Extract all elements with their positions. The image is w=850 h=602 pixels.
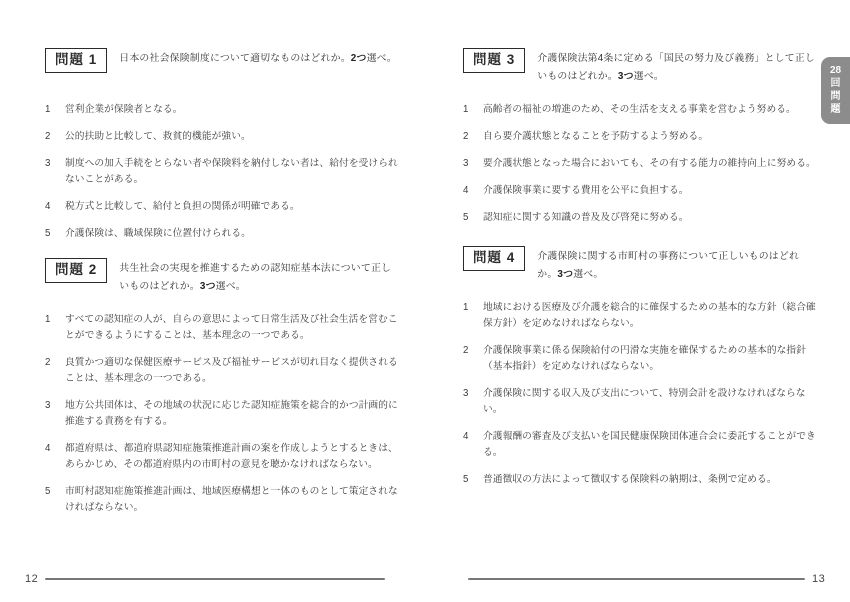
option-number: 5 xyxy=(463,472,475,488)
choice-count: 3つ xyxy=(618,71,634,82)
option-row: 1地域における医療及び介護を総合的に確保するための基本的な方針（総合確保方針）を… xyxy=(463,300,819,332)
prompt-tail: 選べ。 xyxy=(634,71,664,82)
option-text: 介護保険に関する収入及び支出について、特別会計を設けなければならない。 xyxy=(483,386,819,418)
question-number-box: 問題 2 xyxy=(45,258,107,283)
choice-count: 2つ xyxy=(351,53,367,64)
option-row: 1営利企業が保険者となる。 xyxy=(45,102,401,118)
option-row: 2自ら要介護状態となることを予防するよう努める。 xyxy=(463,129,819,145)
option-number: 2 xyxy=(463,129,475,145)
tab-char: 題 xyxy=(831,104,841,116)
option-text: 良質かつ適切な保健医療サービス及び福祉サービスが切れ目なく提供されることは、基本… xyxy=(65,355,401,387)
tab-char: 問 xyxy=(831,91,841,103)
option-row: 4都道府県は、都道府県認知症施策推進計画の案を作成しようとするときは、あらかじめ… xyxy=(45,441,401,473)
option-number: 3 xyxy=(45,398,57,430)
option-number: 5 xyxy=(45,226,57,242)
option-row: 1すべての認知症の人が、自らの意思によって日常生活及び社会生活を営むことができる… xyxy=(45,312,401,344)
option-list: 1地域における医療及び介護を総合的に確保するための基本的な方針（総合確保方針）を… xyxy=(463,300,819,488)
question-header: 問題 3 介護保険法第4条に定める「国民の努力及び義務」として正しいものはどれか… xyxy=(463,48,819,88)
prompt-text: 日本の社会保険制度について適切なものはどれか。 xyxy=(119,53,351,64)
option-text: 市町村認知症施策推進計画は、地域医療構想と一体のものとして策定されなければならな… xyxy=(65,484,401,516)
question-block-1: 問題 1 日本の社会保険制度について適切なものはどれか。2つ選べ。 1営利企業が… xyxy=(45,48,401,242)
option-text: 認知症に関する知識の普及及び啓発に努める。 xyxy=(483,210,819,226)
page-left: 問題 1 日本の社会保険制度について適切なものはどれか。2つ選べ。 1営利企業が… xyxy=(45,48,401,527)
question-number-box: 問題 4 xyxy=(463,246,525,271)
option-text: 制度への加入手続をとらない者や保険料を納付しない者は、給付を受けられないことがあ… xyxy=(65,156,401,188)
option-text: 地方公共団体は、その地域の状況に応じた認知症施策を総合的かつ計画的に推進する責務… xyxy=(65,398,401,430)
question-prompt: 介護保険に関する市町村の事務について正しいものはどれか。3つ選べ。 xyxy=(537,248,819,284)
option-text: 自ら要介護状態となることを予防するよう努める。 xyxy=(483,129,819,145)
tab-char: 回 xyxy=(831,78,841,90)
option-number: 3 xyxy=(45,156,57,188)
option-row: 3制度への加入手続をとらない者や保険料を納付しない者は、給付を受けられないことが… xyxy=(45,156,401,188)
option-number: 3 xyxy=(463,156,475,172)
option-number: 3 xyxy=(463,386,475,418)
option-number: 1 xyxy=(463,102,475,118)
option-number: 2 xyxy=(45,129,57,145)
book-spread: 問題 1 日本の社会保険制度について適切なものはどれか。2つ選べ。 1営利企業が… xyxy=(0,0,850,602)
option-number: 2 xyxy=(45,355,57,387)
option-text: 営利企業が保険者となる。 xyxy=(65,102,401,118)
option-text: 高齢者の福祉の増進のため、その生活を支える事業を営むよう努める。 xyxy=(483,102,819,118)
question-prompt: 介護保険法第4条に定める「国民の努力及び義務」として正しいものはどれか。3つ選べ… xyxy=(537,50,819,86)
option-text: 地域における医療及び介護を総合的に確保するための基本的な方針（総合確保方針）を定… xyxy=(483,300,819,332)
option-number: 5 xyxy=(463,210,475,226)
option-row: 5介護保険は、職域保険に位置付けられる。 xyxy=(45,226,401,242)
option-text: 要介護状態となった場合においても、その有する能力の維持向上に努める。 xyxy=(483,156,819,172)
option-row: 3介護保険に関する収入及び支出について、特別会計を設けなければならない。 xyxy=(463,386,819,418)
option-row: 3要介護状態となった場合においても、その有する能力の維持向上に努める。 xyxy=(463,156,819,172)
option-number: 1 xyxy=(45,102,57,118)
question-prompt: 共生社会の実現を推進するための認知症基本法について正しいものはどれか。3つ選べ。 xyxy=(119,260,401,296)
option-number: 2 xyxy=(463,343,475,375)
option-number: 4 xyxy=(45,199,57,215)
option-row: 4税方式と比較して、給付と負担の関係が明確である。 xyxy=(45,199,401,215)
prompt-tail: 選べ。 xyxy=(367,53,397,64)
footer-left: 12 xyxy=(25,573,385,585)
question-block-2: 問題 2 共生社会の実現を推進するための認知症基本法について正しいものはどれか。… xyxy=(45,258,401,516)
option-text: すべての認知症の人が、自らの意思によって日常生活及び社会生活を営むことができるよ… xyxy=(65,312,401,344)
option-row: 3地方公共団体は、その地域の状況に応じた認知症施策を総合的かつ計画的に推進する責… xyxy=(45,398,401,430)
question-header: 問題 4 介護保険に関する市町村の事務について正しいものはどれか。3つ選べ。 xyxy=(463,246,819,286)
page-number: 13 xyxy=(812,573,825,585)
option-row: 2介護保険事業に係る保険給付の円滑な実施を確保するための基本的な指針（基本指針）… xyxy=(463,343,819,375)
prompt-text: 共生社会の実現を推進するための認知症基本法について正しいものはどれか。 xyxy=(119,263,391,292)
footer-rule xyxy=(468,578,805,580)
option-row: 5認知症に関する知識の普及及び啓発に努める。 xyxy=(463,210,819,226)
option-list: 1高齢者の福祉の増進のため、その生活を支える事業を営むよう努める。 2自ら要介護… xyxy=(463,102,819,226)
option-number: 4 xyxy=(463,183,475,199)
question-block-4: 問題 4 介護保険に関する市町村の事務について正しいものはどれか。3つ選べ。 1… xyxy=(463,246,819,488)
option-list: 1すべての認知症の人が、自らの意思によって日常生活及び社会生活を営むことができる… xyxy=(45,312,401,516)
choice-count: 3つ xyxy=(200,281,216,292)
option-number: 1 xyxy=(45,312,57,344)
option-text: 普通徴収の方法によって徴収する保険料の納期は、条例で定める。 xyxy=(483,472,819,488)
choice-count: 3つ xyxy=(557,269,573,280)
question-prompt: 日本の社会保険制度について適切なものはどれか。2つ選べ。 xyxy=(119,50,401,68)
page-number: 12 xyxy=(25,573,38,585)
footer-right: 13 xyxy=(468,573,825,585)
option-number: 1 xyxy=(463,300,475,332)
option-text: 税方式と比較して、給付と負担の関係が明確である。 xyxy=(65,199,401,215)
option-row: 4介護報酬の審査及び支払いを国民健康保険団体連合会に委託することができる。 xyxy=(463,429,819,461)
prompt-tail: 選べ。 xyxy=(216,281,246,292)
option-number: 5 xyxy=(45,484,57,516)
question-block-3: 問題 3 介護保険法第4条に定める「国民の努力及び義務」として正しいものはどれか… xyxy=(463,48,819,226)
option-text: 都道府県は、都道府県認知症施策推進計画の案を作成しようとするときは、あらかじめ、… xyxy=(65,441,401,473)
tab-char: 28 xyxy=(830,65,841,77)
option-text: 介護報酬の審査及び支払いを国民健康保険団体連合会に委託することができる。 xyxy=(483,429,819,461)
option-text: 介護保険事業に係る保険給付の円滑な実施を確保するための基本的な指針（基本指針）を… xyxy=(483,343,819,375)
footer-rule xyxy=(45,578,385,580)
option-text: 介護保険は、職域保険に位置付けられる。 xyxy=(65,226,401,242)
option-row: 2公的扶助と比較して、救貧的機能が強い。 xyxy=(45,129,401,145)
option-number: 4 xyxy=(45,441,57,473)
option-row: 5市町村認知症施策推進計画は、地域医療構想と一体のものとして策定されなければなら… xyxy=(45,484,401,516)
option-row: 1高齢者の福祉の増進のため、その生活を支える事業を営むよう努める。 xyxy=(463,102,819,118)
option-list: 1営利企業が保険者となる。 2公的扶助と比較して、救貧的機能が強い。 3制度への… xyxy=(45,102,401,242)
prompt-text: 介護保険法第4条に定める「国民の努力及び義務」として正しいものはどれか。 xyxy=(537,53,815,82)
option-row: 4介護保険事業に要する費用を公平に負担する。 xyxy=(463,183,819,199)
question-header: 問題 2 共生社会の実現を推進するための認知症基本法について正しいものはどれか。… xyxy=(45,258,401,298)
question-number-box: 問題 1 xyxy=(45,48,107,73)
question-number-box: 問題 3 xyxy=(463,48,525,73)
option-text: 公的扶助と比較して、救貧的機能が強い。 xyxy=(65,129,401,145)
option-text: 介護保険事業に要する費用を公平に負担する。 xyxy=(483,183,819,199)
option-row: 5普通徴収の方法によって徴収する保険料の納期は、条例で定める。 xyxy=(463,472,819,488)
page-right: 問題 3 介護保険法第4条に定める「国民の努力及び義務」として正しいものはどれか… xyxy=(463,48,819,499)
exam-session-tab: 28 回 問 題 xyxy=(821,57,850,124)
prompt-tail: 選べ。 xyxy=(573,269,603,280)
option-row: 2良質かつ適切な保健医療サービス及び福祉サービスが切れ目なく提供されることは、基… xyxy=(45,355,401,387)
option-number: 4 xyxy=(463,429,475,461)
question-header: 問題 1 日本の社会保険制度について適切なものはどれか。2つ選べ。 xyxy=(45,48,401,88)
